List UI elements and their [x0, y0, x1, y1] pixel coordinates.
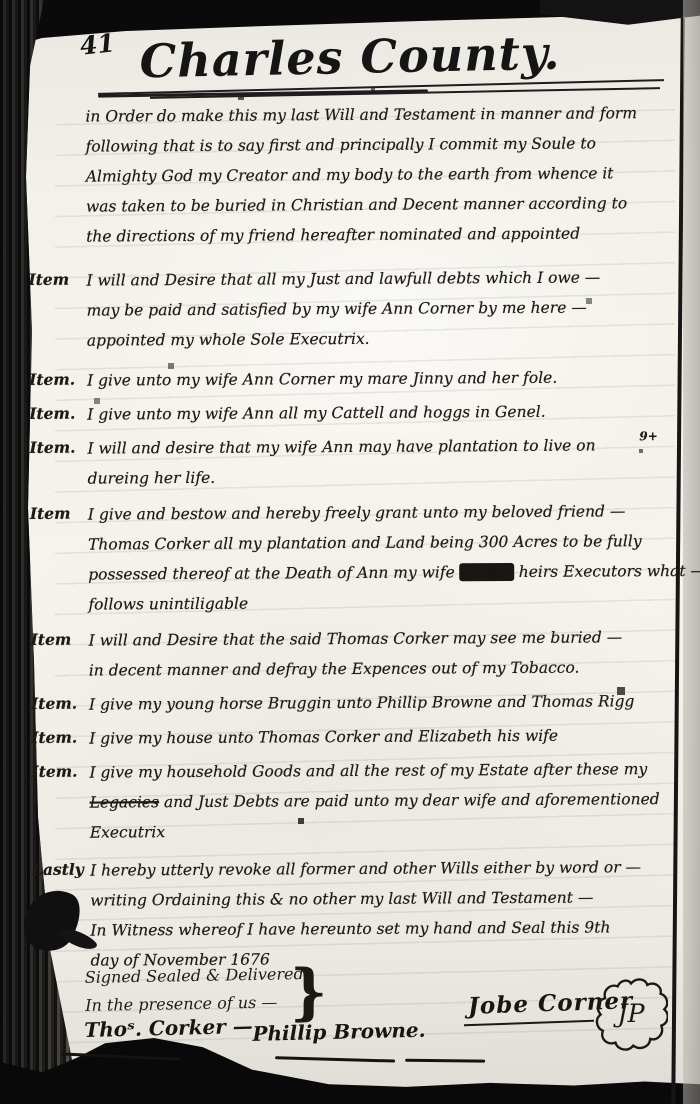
manuscript-body: in Order do make this my last Will and T… — [27, 98, 662, 976]
manuscript-line: following that is to say first and princ… — [86, 128, 658, 161]
section-lines: I give unto my wife Ann Corner my mare J… — [87, 362, 659, 395]
section-lines: I hereby utterly revoke all former and o… — [90, 852, 663, 975]
manuscript-line: was taken to be buried in Christian and … — [86, 188, 658, 221]
attestation-clause: Signed Sealed & Delivered In the presenc… — [85, 960, 305, 1020]
section-lines: I will and desire that my wife Ann may h… — [87, 430, 659, 493]
section-label — [27, 102, 85, 106]
witness-signature: Phillip Browne. — [252, 1018, 426, 1046]
section-label: Item. — [29, 434, 87, 457]
manuscript-scan: 41 Charles County. in Order do make this… — [0, 0, 700, 1104]
manuscript-line: I give unto my wife Ann Corner my mare J… — [87, 362, 659, 395]
manuscript-line: I give my house unto Thomas Corker and E… — [89, 720, 661, 753]
section-label: Item. — [29, 400, 87, 423]
manuscript-line: follows unintiligable — [88, 586, 660, 619]
inked-out-word: to him — [460, 563, 514, 581]
will-item-section: ItemI will and Desire that the said Thom… — [31, 622, 661, 686]
manuscript-line: possessed thereof at the Death of Ann my… — [88, 556, 660, 589]
manuscript-line: in decent manner and defray the Expences… — [89, 652, 661, 685]
section-label: Item. — [29, 366, 87, 389]
section-lines: I give unto my wife Ann all my Cattell a… — [87, 396, 659, 429]
manuscript-line: In Witness whereof I have hereunto set m… — [90, 912, 662, 945]
wax-seal: JP — [594, 976, 668, 1056]
manuscript-line: Thomas Corker all my plantation and Land… — [88, 526, 660, 559]
manuscript-line: writing Ordaining this & no other my las… — [90, 882, 662, 915]
will-item-section: Item.I give unto my wife Ann Corner my m… — [29, 362, 659, 396]
struck-word: Legacies — [90, 793, 160, 811]
will-item-section: ItemI give and bestow and hereby freely … — [30, 496, 661, 620]
will-item-section: ItemI will and Desire that all my Just a… — [28, 262, 659, 356]
manuscript-line: I give and bestow and hereby freely gran… — [88, 496, 660, 529]
section-label: Item. — [31, 758, 89, 781]
witness-signature: Thoˢ. Corker — — [84, 1014, 253, 1042]
will-item-section: Item.I give my household Goods and all t… — [31, 754, 662, 848]
manuscript-line: I give my household Goods and all the re… — [89, 754, 661, 787]
section-lines: in Order do make this my last Will and T… — [85, 98, 658, 251]
will-item-section: Item.I give my house unto Thomas Corker … — [31, 720, 661, 754]
manuscript-line: the directions of my friend hereafter no… — [86, 218, 658, 251]
manuscript-line: may be paid and satisfied by my wife Ann… — [87, 292, 659, 325]
attestation-line: Signed Sealed & Delivered — [85, 960, 304, 992]
manuscript-line: Executrix — [90, 814, 662, 847]
will-item-section: Item.I will and desire that my wife Ann … — [29, 430, 659, 494]
section-lines: I will and Desire that the said Thomas C… — [89, 622, 661, 685]
scan-edge-right — [683, 0, 700, 1104]
manuscript-line: in Order do make this my last Will and T… — [85, 98, 657, 131]
section-lines: I will and Desire that all my Just and l… — [86, 262, 659, 355]
margin-mark: 9+ — [639, 421, 658, 451]
will-item-section: LastlyI hereby utterly revoke all former… — [32, 852, 663, 976]
will-item-section: Item.I give my young horse Bruggin unto … — [31, 686, 661, 720]
seal-scallop-icon: JP — [594, 976, 668, 1056]
section-label: Lastly — [32, 856, 90, 879]
will-item-section: Item.I give unto my wife Ann all my Catt… — [29, 396, 659, 430]
will-opening-section: in Order do make this my last Will and T… — [27, 98, 658, 252]
manuscript-line: I will and desire that my wife Ann may h… — [87, 430, 659, 463]
manuscript-line: appointed my whole Sole Executrix. — [87, 322, 659, 355]
section-label: Item. — [31, 690, 89, 713]
manuscript-line: I will and Desire that all my Just and l… — [86, 262, 658, 295]
section-lines: I give my household Goods and all the re… — [89, 754, 662, 847]
manuscript-line: I give my young horse Bruggin unto Phill… — [89, 686, 661, 719]
section-label: Item — [30, 500, 88, 523]
section-lines: I give my young horse Bruggin unto Phill… — [89, 686, 661, 719]
manuscript-line: I will and Desire that the said Thomas C… — [89, 622, 661, 655]
attestation-brace: } — [290, 956, 327, 1027]
manuscript-line: Almighty God my Creator and my body to t… — [86, 158, 658, 191]
manuscript-line: Legacies and Just Debts are paid unto my… — [90, 784, 662, 817]
seal-monogram: JP — [612, 999, 645, 1028]
ink-specks — [0, 0, 2, 2]
section-label: Item. — [31, 724, 89, 747]
manuscript-line: I hereby utterly revoke all former and o… — [90, 852, 662, 885]
section-label: Item — [28, 266, 86, 289]
manuscript-line: dureing her life. — [88, 460, 660, 493]
section-label: Item — [31, 626, 89, 649]
section-lines: I give and bestow and hereby freely gran… — [88, 496, 661, 619]
manuscript-line: I give unto my wife Ann all my Cattell a… — [87, 396, 659, 429]
section-lines: I give my house unto Thomas Corker and E… — [89, 720, 661, 753]
